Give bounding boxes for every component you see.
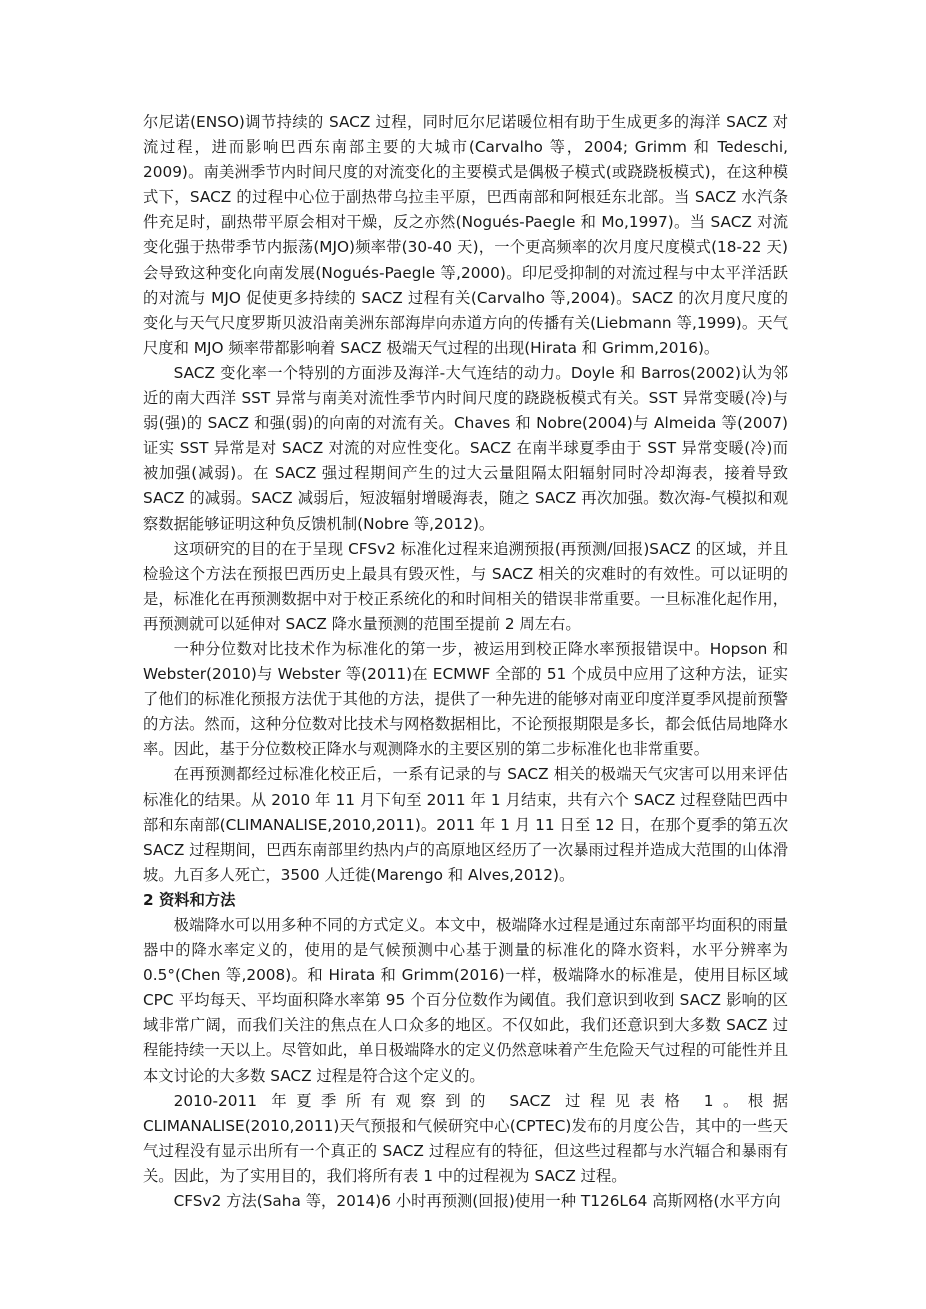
paragraph-research-purpose: 这项研究的目的在于呈现 CFSv2 标准化过程来追溯预报(再预测/回报)SACZ… [143,537,788,637]
paragraph-enso-sacz: 尔尼诺(ENSO)调节持续的 SACZ 过程，同时厄尔尼诺暖位相有助于生成更多的… [143,110,788,361]
paragraph-cfsv2-method: CFSv2 方法(Saha 等，2014)6 小时再预测(回报)使用一种 T12… [143,1189,788,1214]
paragraph-extreme-precip-definition: 极端降水可以用多种不同的方式定义。本文中，极端降水过程是通过东南部平均面积的雨量… [143,913,788,1089]
document-page: 尔尼诺(ENSO)调节持续的 SACZ 过程，同时厄尔尼诺暖位相有助于生成更多的… [143,110,788,1214]
paragraph-extreme-events: 在再预测都经过标准化校正后，一系有记录的与 SACZ 相关的极端天气灾害可以用来… [143,762,788,887]
section-heading-data-methods: 2 资料和方法 [143,888,788,913]
paragraph-quantile-mapping: 一种分位数对比技术作为标准化的第一步，被运用到校正降水率预报错误中。Hopson… [143,637,788,762]
paragraph-ocean-atmosphere: SACZ 变化率一个特别的方面涉及海洋-大气连结的动力。Doyle 和 Barr… [143,361,788,537]
paragraph-sacz-events-table: 2010-2011 年夏季所有观察到的 SACZ 过程见表格 1。根据 CLIM… [143,1089,788,1189]
